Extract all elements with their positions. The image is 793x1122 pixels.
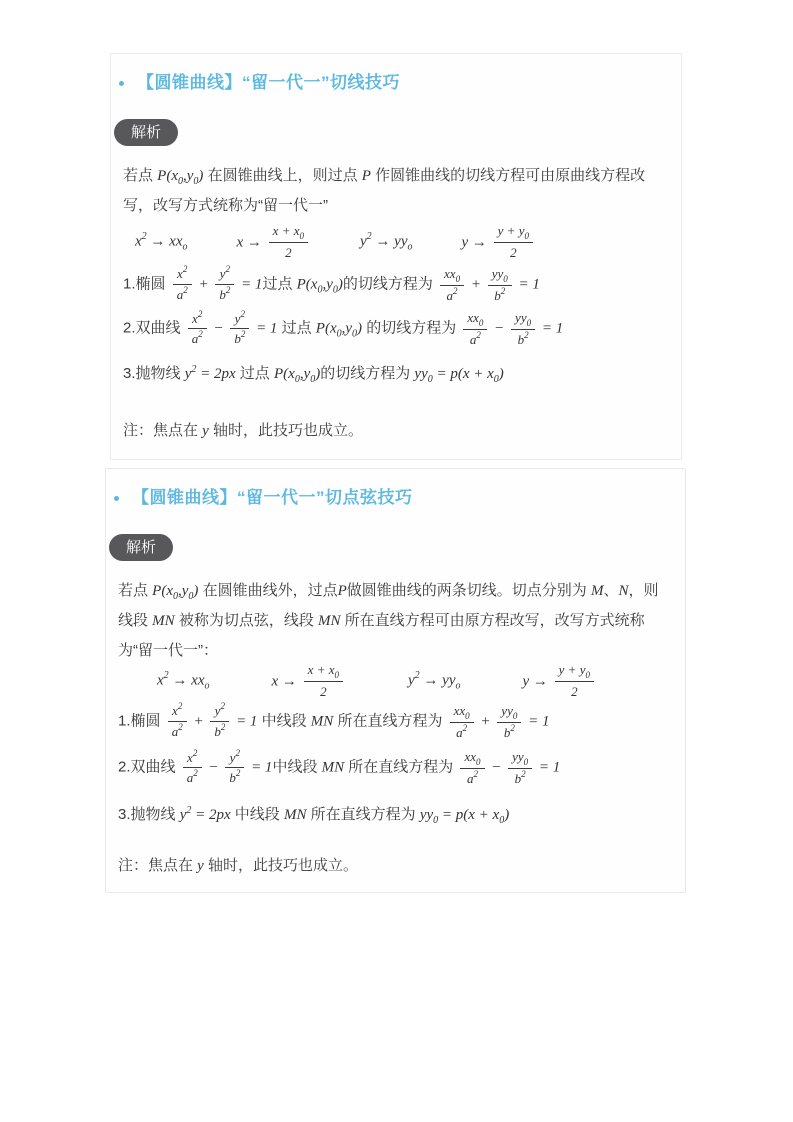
fraction-numerator: xx0 [463,309,487,330]
text-segment: ,y [342,320,352,336]
text-segment: 2 [241,329,246,339]
text-segment: + [195,276,213,292]
fraction-numerator: x2 [183,749,202,768]
text-segment: 在圆锥曲线上，则过点 [203,167,361,184]
substitution-formula: y2 → yyo [408,671,461,692]
fraction-numerator: y2 [225,749,244,768]
text-segment: = 1 [252,320,277,336]
text-segment: 2 [501,286,506,296]
text-segment: = 1 [538,320,563,336]
text-segment: y + y [559,662,586,677]
card-chord-of-contact-technique: 【圆锥曲线】“留一代一”切点弦技巧 解析 若点 P(x0,y0) 在圆锥曲线外，… [105,468,686,893]
text-segment: 0 [299,231,304,241]
text-segment: 注：焦点在 [118,857,197,874]
text-segment: − [490,320,508,336]
rule-line-ellipse: 1.椭圆 x2a2 + y2b2 = 1 中线段 MN 所在直线方程为 xx0a… [118,702,675,741]
text-segment: + [467,276,485,292]
text-segment: + [190,713,208,729]
text-segment: 过点 [262,275,296,292]
substitution-formula: x → x + x02 [272,661,346,702]
fraction: x + x02 [304,661,343,702]
text-segment: 1.椭圆 [118,712,165,729]
fraction: xx0a2 [463,309,487,348]
text-segment: → yy [372,233,408,249]
text-segment: 中线段 [272,758,321,775]
text-segment: P [338,583,347,599]
text-segment: o [205,681,210,692]
text-segment: x [135,233,142,249]
text-segment: yy [492,266,504,281]
substitution-formula: x → x + x02 [237,222,311,263]
card-title-row: 【圆锥曲线】“留一代一”切点弦技巧 [114,486,675,510]
text-segment: 0 [456,274,461,284]
text-segment: 2 [473,769,478,779]
rule-line-ellipse: 1.椭圆 x2a2 + y2b2 = 1过点 P(x0,y0)的切线方程为 xx… [123,265,671,304]
fraction-denominator: 2 [494,243,533,262]
text-segment: 0 [503,274,508,284]
fraction-denominator: b2 [511,330,535,348]
text-segment: 2 [285,245,292,260]
fraction-numerator: x + x0 [304,661,343,682]
text-segment: 2 [183,285,188,295]
text-segment: MN [311,713,334,729]
fraction-denominator: a2 [460,769,484,787]
substitution-formula: y → y + y02 [461,222,535,263]
text-segment: P [362,168,371,184]
text-segment: 的切线方程为 [343,275,437,292]
text-segment: 2 [178,701,183,711]
intro-paragraph: 若点 P(x0,y0) 在圆锥曲线外，过点P做圆锥曲线的两条切线。切点分别为 M… [118,576,673,665]
rule-line-hyperbola: 2.双曲线 x2a2 − y2b2 = 1 过点 P(x0,y0) 的切线方程为… [123,309,671,348]
text-segment: 0 [524,757,529,767]
text-segment: x → [272,674,301,690]
rule-line-parabola: 3.抛物线 y2 = 2px 过点 P(x0,y0)的切线方程为 yy0 = p… [123,362,671,385]
fraction-numerator: y2 [215,265,234,284]
fraction: yy0b2 [511,309,535,348]
text-segment: ,y [300,366,310,382]
text-segment: − [210,320,228,336]
fraction-numerator: y + y0 [494,222,533,243]
note-line: 注：焦点在 y 轴时，此技巧也成立。 [123,419,681,443]
note-line: 注：焦点在 y 轴时，此技巧也成立。 [118,854,685,878]
text-segment: 轴时，此技巧也成立。 [209,422,363,439]
text-segment: 2 [220,701,225,711]
text-segment: = 1 [535,759,560,775]
text-segment: N [618,583,628,599]
text-segment: 做圆锥曲线的两条切线。切点分别为 [347,582,591,599]
text-segment: 2 [178,722,183,732]
text-segment: 的切线方程为 [320,365,414,382]
fraction: x2a2 [173,265,192,303]
text-segment: ) [499,366,504,382]
text-segment: − [488,759,506,775]
text-segment: y + y [498,223,525,238]
fraction-numerator: x + x0 [269,222,308,243]
text-segment: 所在直线方程为 [344,758,457,775]
fraction-numerator: yy0 [511,309,535,330]
text-segment: 2 [510,723,515,733]
text-segment: 所在直线方程为 [333,712,446,729]
text-segment: = 1 [515,276,540,292]
text-segment: 2 [193,768,198,778]
fraction: y + y02 [555,661,594,702]
text-segment: MN [284,807,307,823]
fraction-numerator: yy0 [488,265,512,286]
text-segment: 若点 [118,582,152,599]
fraction: y2b2 [210,702,229,740]
text-segment: 0 [585,670,590,680]
fraction-numerator: yy0 [497,702,521,723]
fraction: xx0a2 [440,265,464,304]
substitution-formula: y2 → yyo [360,232,413,253]
intro-paragraph: 若点 P(x0,y0) 在圆锥曲线上，则过点 P 作圆锥曲线的切线方程可由原曲线… [123,161,669,220]
text-segment: 2 [235,748,240,758]
text-segment: 被称为切点弦，线段 [175,612,318,629]
text-segment: 所在直线方程为 [306,806,419,823]
text-segment: 3.抛物线 [123,365,185,382]
fraction: xx0a2 [460,748,484,787]
text-segment: 2 [521,769,526,779]
text-segment: y → [461,235,490,251]
fraction-denominator: 2 [555,682,594,701]
rule-line-parabola: 3.抛物线 y2 = 2px 中线段 MN 所在直线方程为 yy0 = p(x … [118,803,675,826]
fraction-numerator: y + y0 [555,661,594,682]
fraction-numerator: x2 [173,265,192,284]
fraction: yy0b2 [508,748,532,787]
text-segment: yy [515,310,527,325]
card-tangent-line-technique: 【圆锥曲线】“留一代一”切线技巧 解析 若点 P(x0,y0) 在圆锥曲线上，则… [110,53,682,460]
text-segment: = 2px [196,366,235,382]
text-segment: 2 [221,722,226,732]
text-segment: MN [322,759,345,775]
text-segment: yy [420,807,433,823]
text-segment: y [360,233,367,249]
fraction-denominator: 2 [304,682,343,701]
fraction: y2b2 [215,265,234,303]
text-segment: 0 [476,757,481,767]
fraction: y + y02 [494,222,533,263]
text-segment: → xx [147,233,183,249]
text-segment: = 1 [232,713,257,729]
substitution-formula: y → y + y02 [522,661,596,702]
fraction-denominator: a2 [168,722,187,740]
text-segment: ,y [178,583,188,599]
bullet-dot-icon [114,496,119,501]
text-segment: 2 [476,330,481,340]
text-segment: 0 [513,711,518,721]
fraction-denominator: b2 [210,722,229,740]
text-segment: o [183,242,188,253]
text-segment: P(x [157,168,178,184]
fraction-denominator: b2 [215,285,234,303]
fraction: x2a2 [168,702,187,740]
text-segment: = p(x + x [433,366,494,382]
text-segment: 若点 [123,167,157,184]
fraction: yy0b2 [488,265,512,304]
card-title[interactable]: 【圆锥曲线】“留一代一”切线技巧 [137,71,400,95]
text-segment: M [591,583,604,599]
fraction: yy0b2 [497,702,521,741]
text-segment: yy [501,703,513,718]
text-segment: 轴时，此技巧也成立。 [204,857,358,874]
fraction-numerator: x2 [168,702,187,721]
text-segment: P(x [297,276,318,292]
text-segment: 2 [226,285,231,295]
fraction: x2a2 [183,749,202,787]
substitution-row: x2 → xxo x → x + x02 y2 → yyo y → y + y0… [106,661,685,702]
text-segment: o [455,681,460,692]
text-segment: 2 [183,264,188,274]
fraction: x + x02 [269,222,308,263]
text-segment: yy [414,366,427,382]
text-segment: 的切线方程为 [362,319,460,336]
text-segment: y [408,672,415,688]
text-segment: − [205,759,223,775]
text-segment: 1.椭圆 [123,275,170,292]
text-segment: 0 [465,711,470,721]
text-segment: ,y [322,276,332,292]
text-segment: 3.抛物线 [118,806,180,823]
fraction-denominator: b2 [508,769,532,787]
fraction-denominator: b2 [488,286,512,304]
fraction-denominator: a2 [463,330,487,348]
text-segment: 2 [225,264,230,274]
fraction-numerator: xx0 [440,265,464,286]
analysis-badge: 解析 [109,534,173,561]
fraction-denominator: a2 [183,768,202,786]
text-segment: → yy [420,672,456,688]
fraction: xx0a2 [450,702,474,741]
text-segment: 2 [240,309,245,319]
text-segment: = 1 [524,713,549,729]
text-segment: x + x [273,223,300,238]
text-segment: 、 [603,582,618,599]
text-segment: 2 [453,286,458,296]
text-segment: 中线段 [257,712,310,729]
text-segment: 2 [571,684,578,699]
text-segment: 2 [463,723,468,733]
text-segment: y [197,858,204,874]
text-segment: 2 [236,768,241,778]
text-segment: 2 [198,329,203,339]
fraction-numerator: y2 [210,702,229,721]
text-segment: = p(x + x [438,807,499,823]
fraction: x2a2 [188,310,207,348]
card-title-row: 【圆锥曲线】“留一代一”切线技巧 [119,71,671,95]
text-segment: 中线段 [231,806,284,823]
fraction-denominator: a2 [440,286,464,304]
text-segment: x → [237,235,266,251]
fraction-numerator: xx0 [460,748,484,769]
text-segment: P(x [316,320,337,336]
text-segment: y → [522,674,551,690]
text-segment: 2 [524,330,529,340]
card-title[interactable]: 【圆锥曲线】“留一代一”切点弦技巧 [132,486,413,510]
text-segment: xx [467,310,479,325]
fraction-numerator: yy0 [508,748,532,769]
text-segment: yy [512,749,524,764]
fraction-denominator: a2 [188,329,207,347]
fraction-numerator: xx0 [450,702,474,723]
text-segment: 2 [510,245,517,260]
text-segment: xx [454,703,466,718]
fraction-denominator: a2 [173,285,192,303]
text-segment: 0 [527,318,532,328]
fraction-denominator: b2 [225,768,244,786]
text-segment: = 2px [191,807,230,823]
text-segment: MN [318,613,341,629]
substitution-row: x2 → xxo x → x + x02 y2 → yyo y → y + y0… [111,222,681,263]
text-segment: xx [444,266,456,281]
text-segment: P(x [274,366,295,382]
text-segment: 过点 [277,319,315,336]
substitution-formula: x2 → xxo [157,671,210,692]
fraction: y2b2 [230,310,249,348]
fraction-denominator: b2 [497,723,521,741]
text-segment: 2 [320,684,327,699]
text-segment: 2.双曲线 [123,319,185,336]
analysis-badge: 解析 [114,119,178,146]
text-segment: 2 [193,748,198,758]
text-segment: 2.双曲线 [118,758,180,775]
fraction-denominator: a2 [450,723,474,741]
bullet-dot-icon [119,81,124,86]
text-segment: 过点 [236,365,274,382]
text-segment: 2 [198,309,203,319]
text-segment: = 1 [247,759,272,775]
text-segment: → xx [169,672,205,688]
rule-line-hyperbola: 2.双曲线 x2a2 − y2b2 = 1中线段 MN 所在直线方程为 xx0a… [118,748,675,787]
text-segment: MN [152,613,175,629]
text-segment: = 1 [237,276,262,292]
fraction: y2b2 [225,749,244,787]
text-segment: ) [504,807,509,823]
text-segment: xx [464,749,476,764]
text-segment: + [477,713,495,729]
text-segment: 注：焦点在 [123,422,202,439]
fraction-numerator: x2 [188,310,207,329]
text-segment: x [157,672,164,688]
text-segment: 0 [524,231,529,241]
text-segment: 0 [334,670,339,680]
text-segment: o [407,242,412,253]
text-segment: P(x [152,583,173,599]
fraction-denominator: 2 [269,243,308,262]
text-segment: 在圆锥曲线外，过点 [198,582,337,599]
fraction-numerator: y2 [230,310,249,329]
substitution-formula: x2 → xxo [135,232,188,253]
text-segment: x + x [308,662,335,677]
text-segment: y [202,423,209,439]
fraction-denominator: b2 [230,329,249,347]
text-segment: ,y [183,168,193,184]
text-segment: 0 [479,318,484,328]
